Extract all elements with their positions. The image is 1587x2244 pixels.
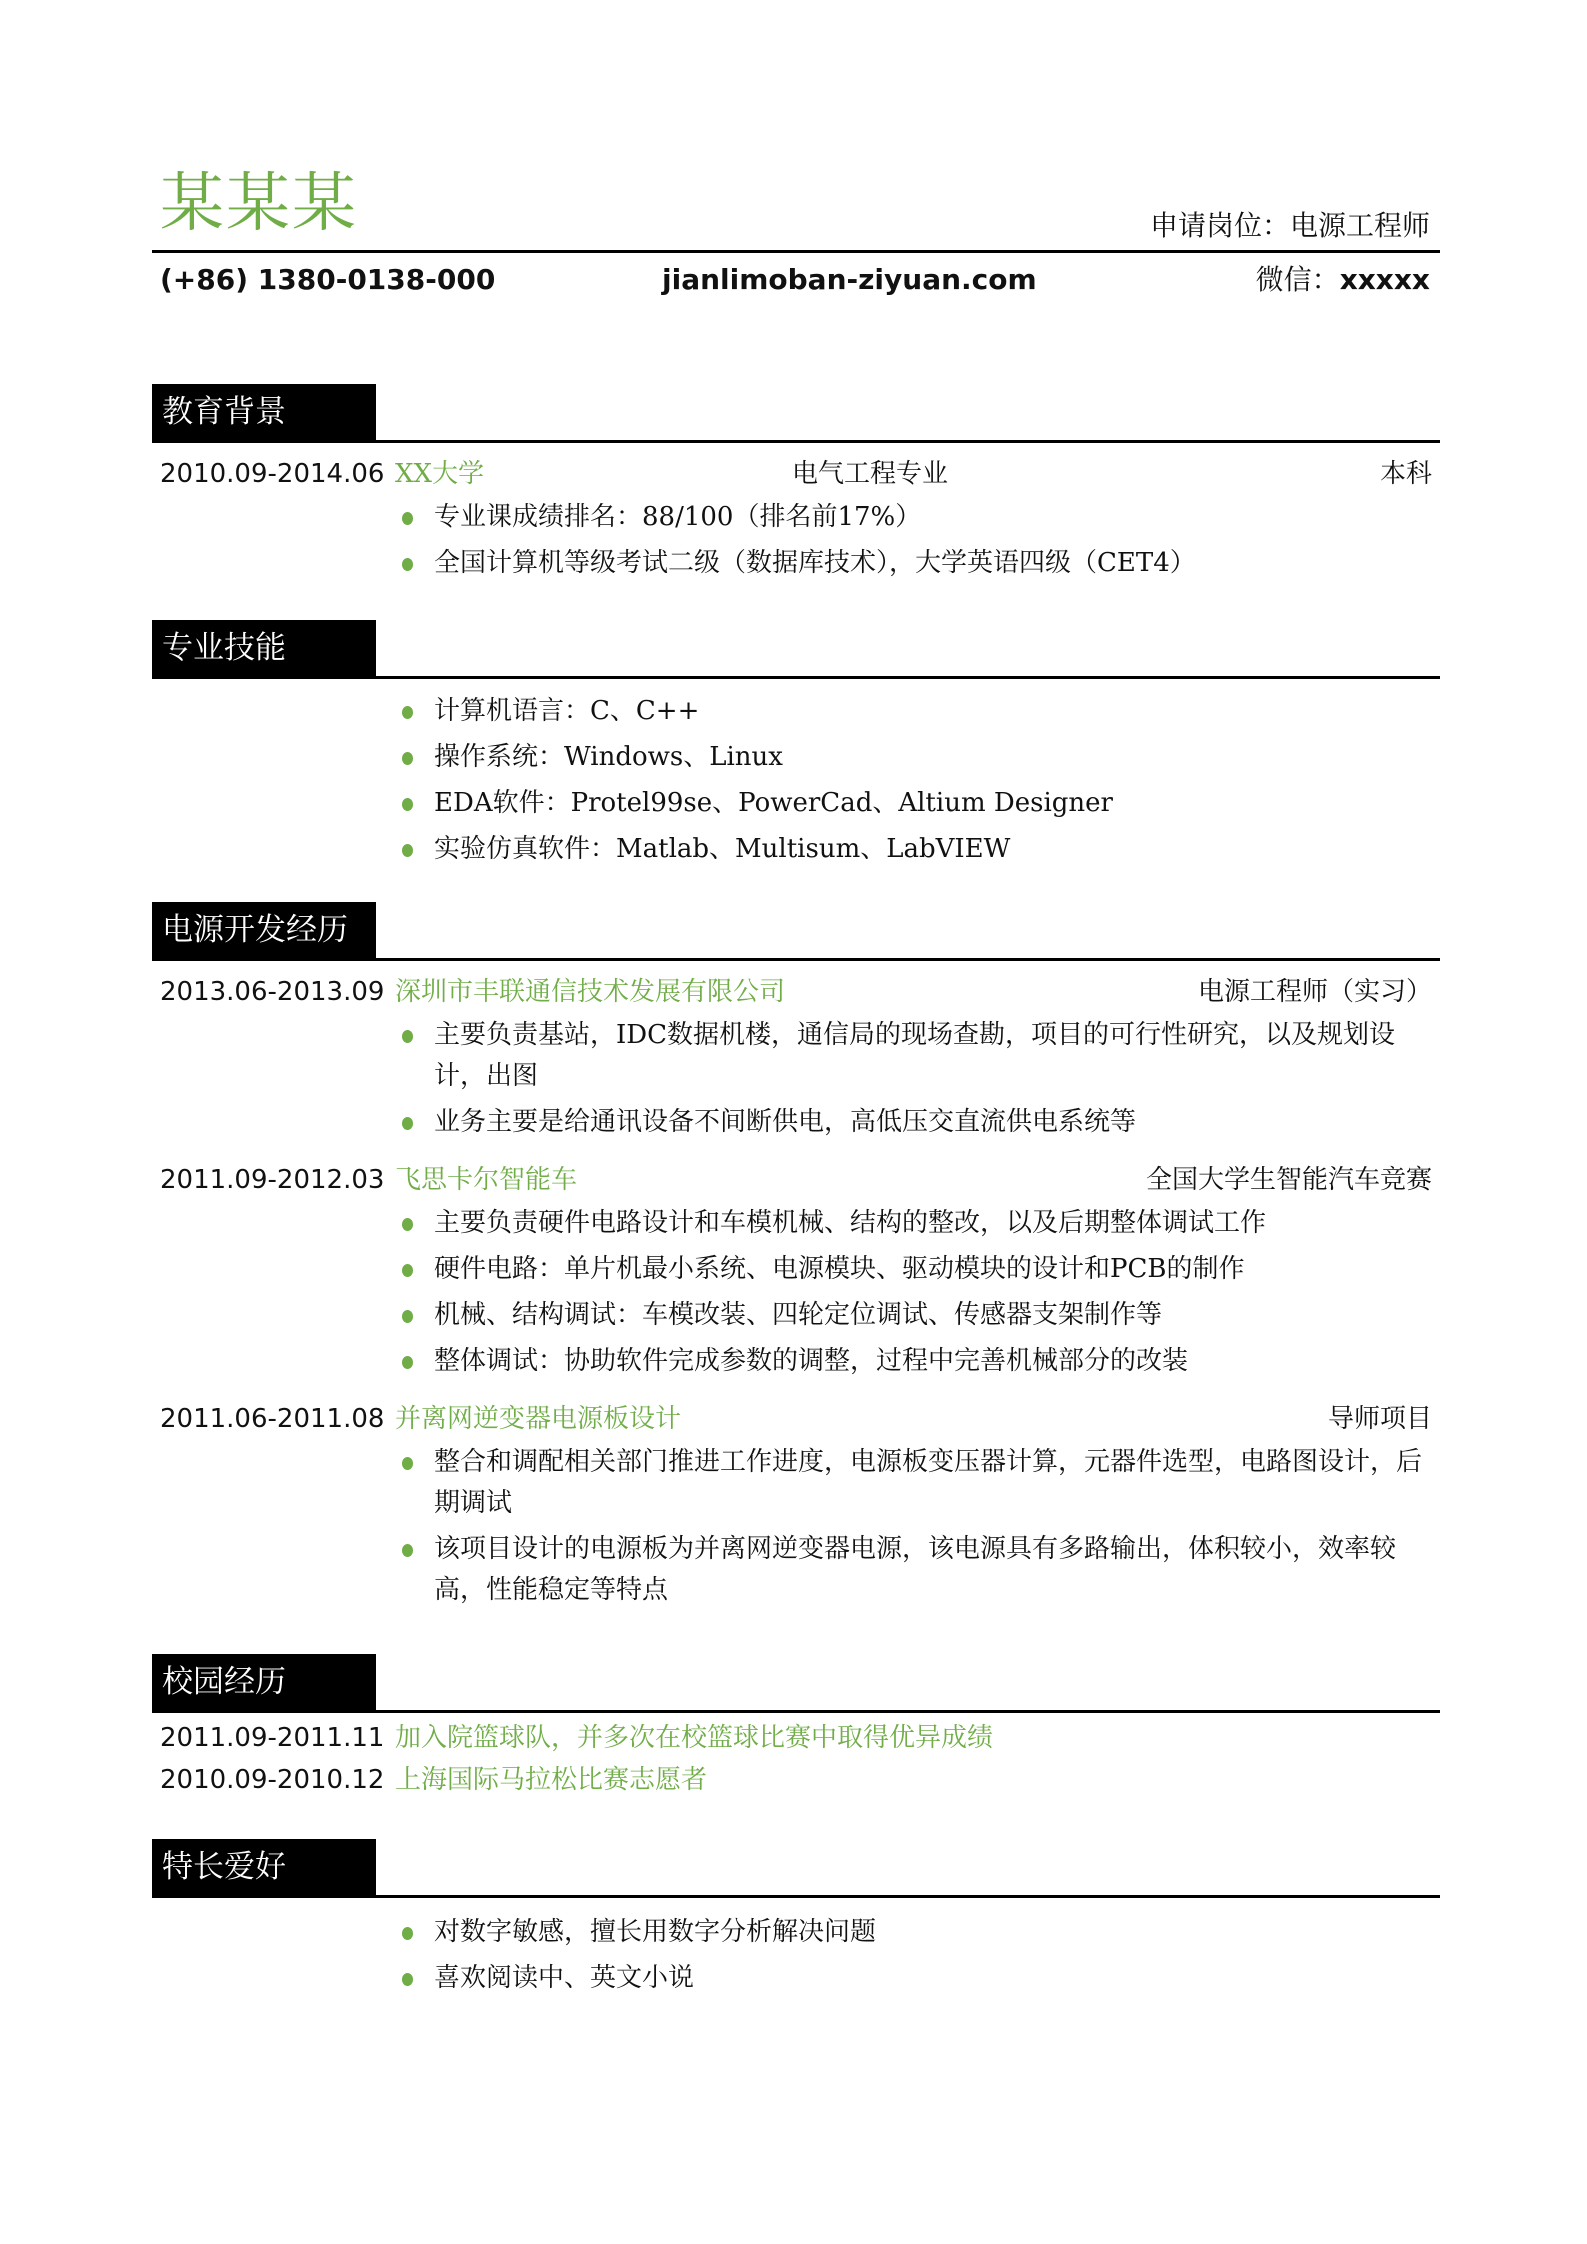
role: 导师项目 xyxy=(1328,1396,1432,1442)
website: jianlimoban-ziyuan.com xyxy=(662,262,1037,298)
date: 2011.06-2011.08 xyxy=(160,1396,384,1442)
bullet-icon xyxy=(402,1927,413,1940)
role: 全国大学生智能汽车竞赛 xyxy=(1146,1157,1432,1203)
list-item: 主要负责基站，IDC数据机楼，通信局的现场查勘，项目的可行性研究，以及规划设计，… xyxy=(152,1015,1440,1097)
section-title: 电源开发经历 xyxy=(152,902,376,958)
section-title: 专业技能 xyxy=(152,620,376,676)
section-title: 特长爱好 xyxy=(152,1839,376,1895)
section-hobbies: 特长爱好 对数字敏感，擅长用数字分析解决问题 喜欢阅读中、英文小说 xyxy=(152,1839,1440,2004)
section-education: 教育背景 2010.09-2014.06 XX大学 电气工程专业 本科 专业课成… xyxy=(152,384,1440,589)
bullet-icon xyxy=(402,752,413,765)
list-item: 对数字敏感，擅长用数字分析解决问题 xyxy=(152,1912,1440,1953)
list-item: 整合和调配相关部门推进工作进度，电源板变压器计算，元器件选型，电路图设计，后期调… xyxy=(152,1442,1440,1524)
section-header: 校园经历 xyxy=(152,1654,1440,1713)
header-divider xyxy=(152,250,1440,253)
bullet-icon xyxy=(402,1030,413,1043)
section-skills: 专业技能 计算机语言：C、C++ 操作系统：Windows、Linux EDA软… xyxy=(152,620,1440,875)
role: 电源工程师（实习） xyxy=(1198,969,1432,1015)
list-item: 喜欢阅读中、英文小说 xyxy=(152,1958,1440,1999)
section-campus: 校园经历 2011.09-2011.11 加入院篮球队，并多次在校篮球比赛中取得… xyxy=(152,1654,1440,1801)
bullet-icon xyxy=(402,844,413,857)
list-item: 主要负责硬件电路设计和车模机械、结构的整改，以及后期整体调试工作 xyxy=(152,1203,1440,1244)
experience-row: 2011.09-2012.03 飞思卡尔智能车 全国大学生智能汽车竞赛 xyxy=(152,1157,1440,1203)
experience-row: 2013.06-2013.09 深圳市丰联通信技术发展有限公司 电源工程师（实习… xyxy=(152,969,1440,1015)
list-item: 计算机语言：C、C++ xyxy=(152,691,1440,732)
bullet-icon xyxy=(402,512,413,525)
section-title: 教育背景 xyxy=(152,384,376,440)
bullet-icon xyxy=(402,1218,413,1231)
date: 2010.09-2010.12 xyxy=(160,1759,384,1801)
bullet-list: 计算机语言：C、C++ 操作系统：Windows、Linux EDA软件：Pro… xyxy=(152,691,1440,870)
bullet-icon xyxy=(402,1356,413,1369)
wechat-label: 微信： xyxy=(1256,263,1340,296)
list-item: 硬件电路：单片机最小系统、电源模块、驱动模块的设计和PCB的制作 xyxy=(152,1249,1440,1290)
date: 2013.06-2013.09 xyxy=(160,969,384,1015)
bullet-list: 主要负责基站，IDC数据机楼，通信局的现场查勘，项目的可行性研究，以及规划设计，… xyxy=(152,1015,1440,1143)
degree: 本科 xyxy=(1380,451,1432,497)
list-item: 机械、结构调试：车模改装、四轮定位调试、传感器支架制作等 xyxy=(152,1295,1440,1336)
bullet-icon xyxy=(402,798,413,811)
bullet-icon xyxy=(402,1457,413,1470)
major: 电气工程专业 xyxy=(792,451,948,497)
campus-row: 2010.09-2010.12 上海国际马拉松比赛志愿者 xyxy=(152,1759,1440,1801)
organization: 并离网逆变器电源板设计 xyxy=(395,1396,681,1442)
date: 2010.09-2014.06 xyxy=(160,451,384,497)
section-header: 电源开发经历 xyxy=(152,902,1440,961)
education-row: 2010.09-2014.06 XX大学 电气工程专业 本科 xyxy=(152,451,1440,497)
campus-row: 2011.09-2011.11 加入院篮球队，并多次在校篮球比赛中取得优异成绩 xyxy=(152,1717,1440,1759)
date: 2011.09-2011.11 xyxy=(160,1717,384,1759)
candidate-name: 某某某 xyxy=(160,168,358,240)
section-header: 教育背景 xyxy=(152,384,1440,443)
bullet-icon xyxy=(402,1264,413,1277)
bullet-icon xyxy=(402,1544,413,1557)
wechat: 微信：xxxxx xyxy=(1256,262,1430,298)
section-experience: 电源开发经历 2013.06-2013.09 深圳市丰联通信技术发展有限公司 电… xyxy=(152,902,1440,1616)
bullet-list: 主要负责硬件电路设计和车模机械、结构的整改，以及后期整体调试工作 硬件电路：单片… xyxy=(152,1203,1440,1382)
wechat-value: xxxxx xyxy=(1340,263,1430,296)
activity: 上海国际马拉松比赛志愿者 xyxy=(395,1759,707,1801)
experience-row: 2011.06-2011.08 并离网逆变器电源板设计 导师项目 xyxy=(152,1396,1440,1442)
bullet-list: 对数字敏感，擅长用数字分析解决问题 喜欢阅读中、英文小说 xyxy=(152,1912,1440,1999)
school: XX大学 xyxy=(395,451,484,497)
bullet-icon xyxy=(402,1117,413,1130)
bullet-icon xyxy=(402,1310,413,1323)
list-item: 业务主要是给通讯设备不间断供电，高低压交直流供电系统等 xyxy=(152,1102,1440,1143)
list-item: 操作系统：Windows、Linux xyxy=(152,737,1440,778)
list-item: 该项目设计的电源板为并离网逆变器电源，该电源具有多路输出，体积较小，效率较高，性… xyxy=(152,1529,1440,1611)
list-item: 整体调试：协助软件完成参数的调整，过程中完善机械部分的改装 xyxy=(152,1341,1440,1382)
bullet-icon xyxy=(402,706,413,719)
list-item: 专业课成绩排名：88/100（排名前17%） xyxy=(152,497,1440,538)
date: 2011.09-2012.03 xyxy=(160,1157,384,1203)
bullet-list: 整合和调配相关部门推进工作进度，电源板变压器计算，元器件选型，电路图设计，后期调… xyxy=(152,1442,1440,1611)
bullet-list: 专业课成绩排名：88/100（排名前17%） 全国计算机等级考试二级（数据库技术… xyxy=(152,497,1440,584)
organization: 深圳市丰联通信技术发展有限公司 xyxy=(395,969,785,1015)
activity: 加入院篮球队，并多次在校篮球比赛中取得优异成绩 xyxy=(395,1717,993,1759)
section-header: 专业技能 xyxy=(152,620,1440,679)
list-item: 实验仿真软件：Matlab、Multisum、LabVIEW xyxy=(152,829,1440,870)
bullet-icon xyxy=(402,558,413,571)
section-header: 特长爱好 xyxy=(152,1839,1440,1898)
apply-position: 申请岗位：电源工程师 xyxy=(1150,208,1430,244)
phone: (+86) 1380-0138-000 xyxy=(160,262,495,298)
list-item: EDA软件：Protel99se、PowerCad、Altium Designe… xyxy=(152,783,1440,824)
section-title: 校园经历 xyxy=(152,1654,376,1710)
organization: 飞思卡尔智能车 xyxy=(395,1157,577,1203)
list-item: 全国计算机等级考试二级（数据库技术），大学英语四级（CET4） xyxy=(152,543,1440,584)
bullet-icon xyxy=(402,1973,413,1986)
